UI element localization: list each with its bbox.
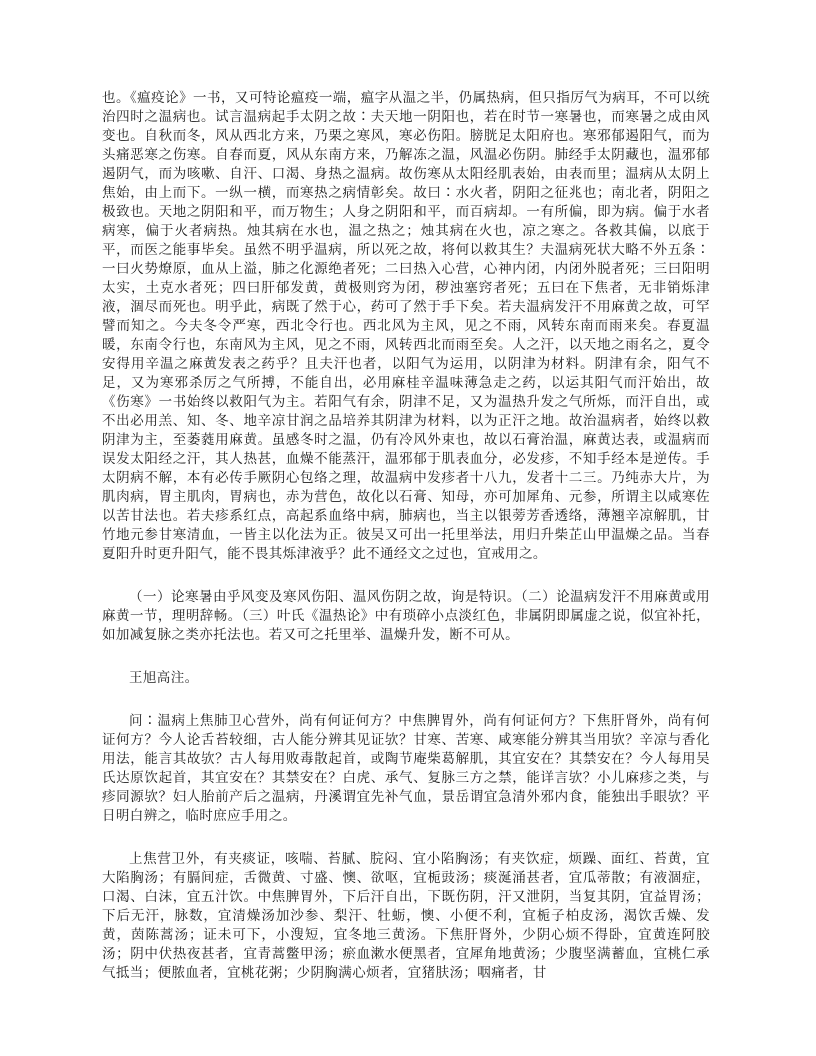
paragraph-prescriptions: 上焦营卫外，有夹痰证，咳喘、苔腻、脘闷、宜小陷胸汤；有夹饮症，烦躁、面红、苔黄，… [102,849,710,982]
document-page: 也。《瘟疫论》一书，又可特论瘟疫一端，瘟字从温之半，仍属热病，但只指厉气为病耳，… [0,0,816,1056]
text-column: 也。《瘟疫论》一书，又可特论瘟疫一端，瘟字从温之半，仍属热病，但只指厉气为病耳，… [102,88,710,982]
paragraph-questions: 问∶温病上焦肺卫心营外，尚有何证何方？中焦脾胃外，尚有何证何方？下焦肝肾外，尚有… [102,711,710,825]
paragraph-main-discussion: 也。《瘟疫论》一书，又可特论瘟疫一端，瘟字从温之半，仍属热病，但只指厉气为病耳，… [102,88,710,563]
paragraph-numbered-comments: （一）论寒暑由乎风变及寒风伤阳、温风伤阴之故，询是特识。（二）论温病发汗不用麻黄… [102,587,710,644]
paragraph-annotator-attribution: 王旭高注。 [102,668,710,687]
